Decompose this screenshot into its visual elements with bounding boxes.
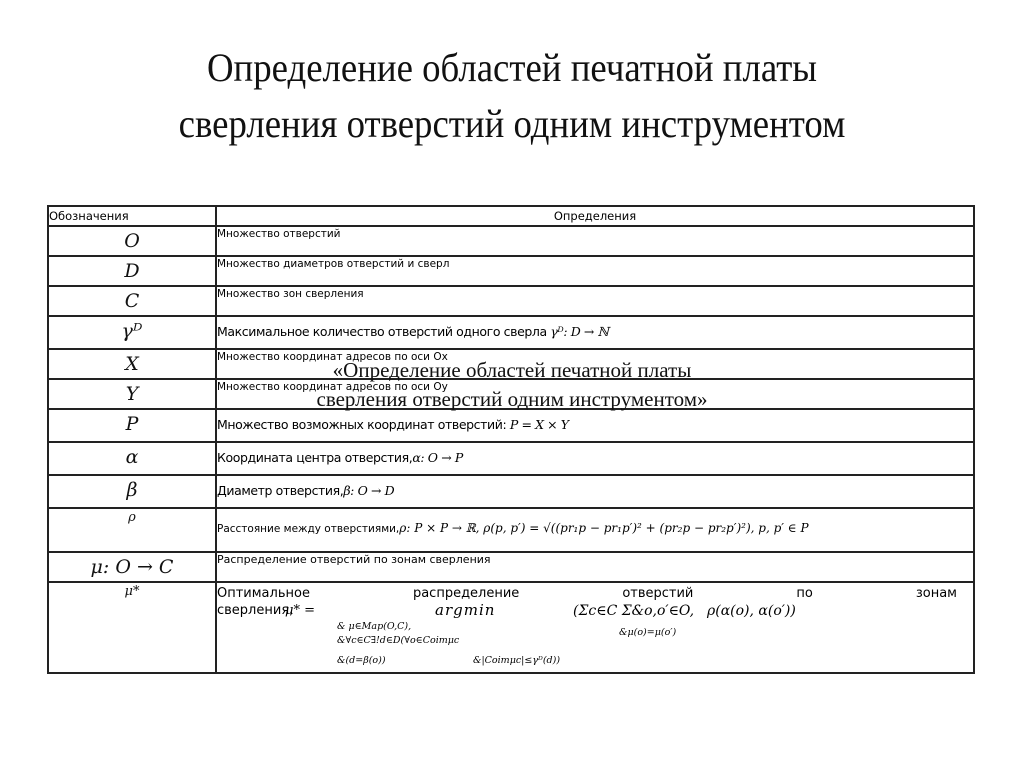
row-symbol: O [48, 226, 216, 256]
row-symbol: ρ [48, 508, 216, 552]
constraint-line: & μ∈Map(O,C), [337, 620, 411, 634]
row-definition: Множество зон сверления [216, 286, 974, 316]
definition-formula: ρ: P × P → ℝ, ρ(p, p′) = √((pr₁p − pr₁p′… [399, 521, 808, 535]
row-symbol: γᴰ [48, 316, 216, 349]
row-definition: Максимальное количество отверстий одного… [216, 316, 974, 349]
definition-formula: β: O → D [343, 483, 394, 498]
table-row: O Множество отверстий [48, 226, 974, 256]
row-symbol: C [48, 286, 216, 316]
definitions-table: Обозначения Определения O Множество отве… [47, 205, 975, 674]
row-definition: Множество диаметров отверстий и сверл [216, 256, 974, 286]
header-symbols: Обозначения [48, 206, 216, 226]
table-header-row: Обозначения Определения [48, 206, 974, 226]
table-row: μ* Оптимальное распределение отверстий п… [48, 582, 974, 673]
row-definition-optimal: Оптимальное распределение отверстий по з… [216, 582, 974, 673]
row-symbol: μ: O → C [48, 552, 216, 582]
definition-text: Множество возможных координат отверстий: [217, 417, 506, 432]
table-row: β Диаметр отверстия,β: O → D [48, 475, 974, 508]
row-definition: Расстояние между отверстиями,ρ: P × P → … [216, 508, 974, 552]
row-definition: Множество координат адресов по оси Oy [216, 379, 974, 409]
argmin-operator: argmin [435, 601, 495, 619]
optimal-formula-line: сверления, μ* = argmin (Σc∈C Σ&o,o′∈O, ρ… [217, 602, 965, 620]
constraint-line: &|Coimμc|≤γᴰ(d)) [473, 654, 560, 668]
table-row: ρ Расстояние между отверстиями,ρ: P × P … [48, 508, 974, 552]
definition-text: Координата центра отверстия, [217, 450, 412, 465]
table-row: P Множество возможных координат отверсти… [48, 409, 974, 442]
definition-text: сверления, [217, 602, 293, 620]
rho-expression: ρ(α(o), α(o′)) [707, 602, 796, 620]
definition-word: отверстий [622, 586, 693, 602]
optimal-definition-line: Оптимальное распределение отверстий по з… [217, 586, 965, 602]
slide-title-line-1: Определение областей печатной платы [41, 40, 983, 96]
sum-expression: (Σc∈C Σ&o,o′∈O, [573, 602, 694, 620]
definition-formula: γᴰ: D → ℕ [550, 324, 608, 339]
definition-text: Диаметр отверстия, [217, 483, 343, 498]
row-symbol: X [48, 349, 216, 379]
row-definition: Диаметр отверстия,β: O → D [216, 475, 974, 508]
definition-formula: P = X × Y [510, 417, 569, 432]
row-symbol: Y [48, 379, 216, 409]
row-definition: Множество отверстий [216, 226, 974, 256]
row-definition: Координата центра отверстия,α: O → P [216, 442, 974, 475]
constraint-line: &∀c∈C∃!d∈D(∀o∈Coimμc [337, 634, 459, 648]
formula-head: μ* = [285, 602, 315, 620]
row-definition: Распределение отверстий по зонам сверлен… [216, 552, 974, 582]
row-symbol: β [48, 475, 216, 508]
row-symbol: P [48, 409, 216, 442]
definition-word: зонам [916, 586, 957, 602]
row-symbol: α [48, 442, 216, 475]
row-definition: Множество возможных координат отверстий:… [216, 409, 974, 442]
definition-word: Оптимальное [217, 586, 310, 602]
row-definition: Множество координат адресов по оси Ox [216, 349, 974, 379]
definition-text: Расстояние между отверстиями, [217, 523, 399, 535]
table-row: μ: O → C Распределение отверстий по зона… [48, 552, 974, 582]
row-symbol: D [48, 256, 216, 286]
definition-word: распределение [413, 586, 519, 602]
slide-title: Определение областей печатной платы свер… [41, 40, 983, 152]
row-symbol: μ* [48, 582, 216, 673]
definition-word: по [796, 586, 812, 602]
definition-formula: α: O → P [412, 450, 463, 465]
table-row: C Множество зон сверления [48, 286, 974, 316]
constraint-line: &(d=β(o)) [337, 654, 386, 668]
slide-title-line-2: сверления отверстий одним инструментом [41, 96, 983, 152]
table-row: Y Множество координат адресов по оси Oy [48, 379, 974, 409]
header-definitions: Определения [216, 206, 974, 226]
definition-text: Максимальное количество отверстий одного… [217, 324, 547, 339]
constraint-line: &μ(o)=μ(o′) [619, 626, 676, 640]
optimal-constraints: & μ∈Map(O,C), &∀c∈C∃!d∈D(∀o∈Coimμc &(d=β… [217, 620, 965, 672]
table-row: γᴰ Максимальное количество отверстий одн… [48, 316, 974, 349]
table-row: α Координата центра отверстия,α: O → P [48, 442, 974, 475]
table-row: X Множество координат адресов по оси Ox [48, 349, 974, 379]
table-row: D Множество диаметров отверстий и сверл [48, 256, 974, 286]
